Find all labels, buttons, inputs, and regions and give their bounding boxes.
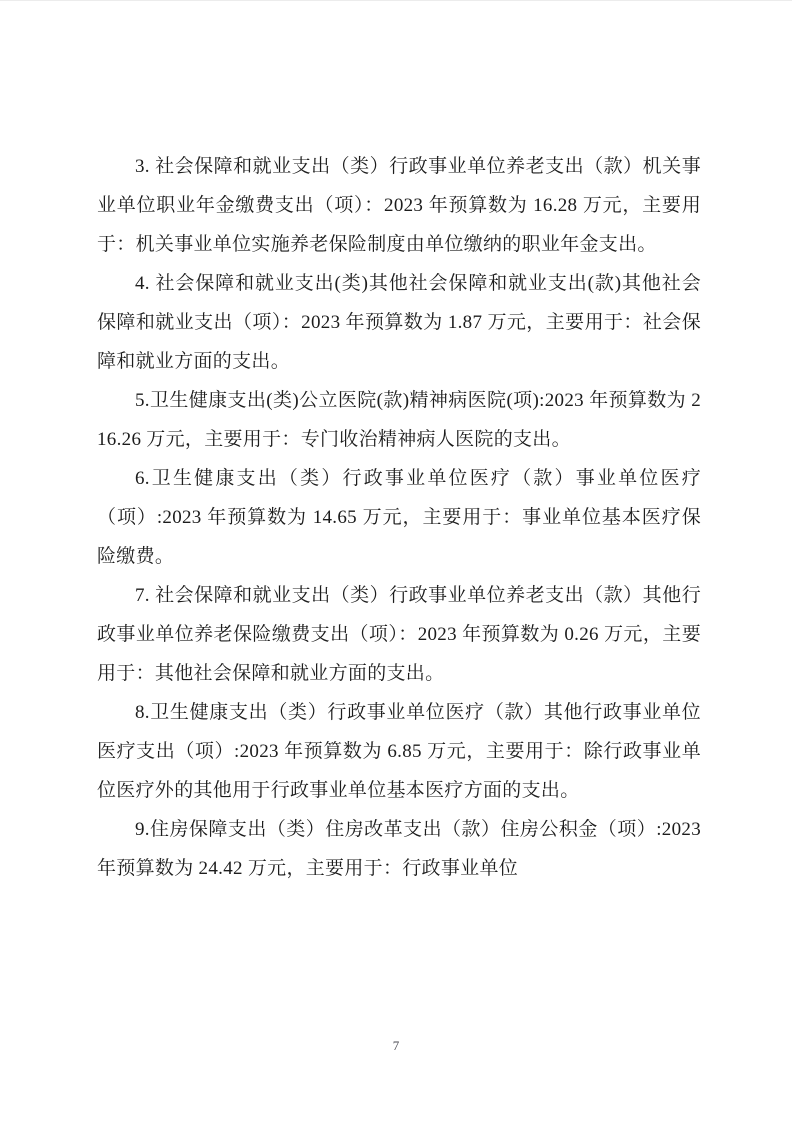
paragraph-item-6: 6.卫生健康支出（类）行政事业单位医疗（款）事业单位医疗（项）:2023 年预算… [97, 459, 701, 576]
paragraph-item-7: 7. 社会保障和就业支出（类）行政事业单位养老支出（款）其他行政事业单位养老保险… [97, 576, 701, 693]
paragraph-item-3: 3. 社会保障和就业支出（类）行政事业单位养老支出（款）机关事业单位职业年金缴费… [97, 147, 701, 264]
paragraph-item-9: 9.住房保障支出（类）住房改革支出（款）住房公积金（项）:2023 年预算数为 … [97, 810, 701, 888]
document-body: 3. 社会保障和就业支出（类）行政事业单位养老支出（款）机关事业单位职业年金缴费… [97, 147, 701, 888]
paragraph-item-5: 5.卫生健康支出(类)公立医院(款)精神病医院(项):2023 年预算数为 21… [97, 381, 701, 459]
paragraph-item-8: 8.卫生健康支出（类）行政事业单位医疗（款）其他行政事业单位医疗支出（项）:20… [97, 693, 701, 810]
page-number: 7 [0, 1037, 792, 1055]
paragraph-item-4: 4. 社会保障和就业支出(类)其他社会保障和就业支出(款)其他社会保障和就业支出… [97, 264, 701, 381]
document-page: 3. 社会保障和就业支出（类）行政事业单位养老支出（款）机关事业单位职业年金缴费… [0, 0, 792, 1123]
